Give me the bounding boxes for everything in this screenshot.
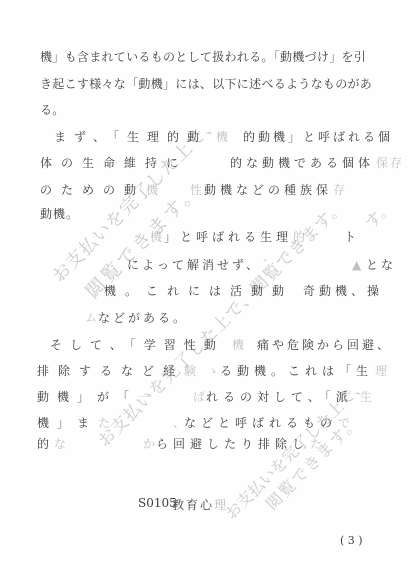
body-text-segment: 動機」が「 [37, 390, 137, 405]
body-text-segment: で [338, 416, 351, 431]
body-text-segment: 一 [138, 390, 151, 405]
body-text-segment: る動機。これは「生 [220, 364, 373, 379]
body-text-segment: 機」ま [37, 416, 97, 431]
body-text-segment: 痛や危険から回避、 [257, 338, 392, 353]
body-text-segment: 機。これには活動動 [104, 284, 293, 299]
body-text-segment: 験 [184, 364, 197, 379]
body-text-segment: 排除するなど経 [37, 364, 184, 379]
body-text-segment: 機 [150, 230, 163, 245]
body-text-segment: な [54, 437, 67, 452]
body-text-segment: ▲ [352, 258, 362, 273]
body-text-segment: 存 [333, 183, 346, 198]
body-text-segment: 」と呼ばれる生理 [164, 230, 292, 245]
body-text-segment: れるの対して、「派 [206, 390, 353, 405]
body-text-segment: 機 [146, 183, 159, 198]
body-text-segment: ゛ [263, 258, 276, 273]
body-text-segment: 生 [360, 390, 373, 405]
body-text-segment: 的な動機である個体 [230, 156, 374, 171]
body-text-segment: などがある。 [98, 311, 188, 326]
footer-course-title-partial: 理 [214, 496, 226, 513]
body-text-segment: 機」も含まれているものとして扱われる。「動機づけ」を引 [40, 50, 366, 65]
body-text-segment: ゝ [207, 364, 220, 379]
document-page: お支払いを完了した上で、閲覧できます。お支払いを完了した上で、閲覧できます。お支… [0, 0, 411, 580]
body-text-segment: る。 [40, 103, 65, 118]
body-text-segment: た [98, 416, 111, 431]
body-text-segment: ト [344, 230, 357, 245]
footer-course-title: 教育心 [172, 496, 214, 513]
footer-course-code: S0105 [138, 496, 177, 510]
body-text-segment: か [143, 437, 156, 452]
body-text-segment: などと呼ばれるもの [184, 416, 337, 431]
body-text-segment: ム [85, 311, 98, 326]
body-text-segment: 的 [293, 230, 306, 245]
watermark-text: す。 [359, 195, 397, 233]
body-text-segment: によって解消せず、 [127, 258, 261, 273]
body-text-segment: 理 [375, 364, 388, 379]
body-text-segment: 性 [190, 183, 203, 198]
body-text-segment: 奇動機、操 [303, 284, 383, 299]
body-text-segment: ら回避したり排除し [156, 437, 309, 452]
body-text-segment: き起こす様々な「動機」には、以下に述べるようなものがあ [40, 77, 372, 92]
page-number: ( 3 ) [340, 534, 363, 547]
body-text-segment: まず、「生理的動 [54, 130, 207, 145]
body-text-segment: 的動機」と呼ばれる個 [243, 130, 393, 145]
body-text-segment: のための動 [40, 183, 145, 198]
body-text-segment: 保存 [376, 156, 404, 171]
body-text-segment: 機 [232, 338, 245, 353]
body-text-segment: ば [193, 390, 206, 405]
body-text-segment: そして、「学習性動 [50, 338, 224, 353]
body-text-segment: 体の生命維持に [40, 156, 187, 171]
body-text-segment: 動機などの種族保 [204, 183, 332, 198]
body-text-segment: とな [366, 258, 396, 273]
body-text-segment: た [310, 437, 323, 452]
body-text-segment: 動機。 [40, 207, 79, 222]
body-text-segment: 的 [37, 437, 50, 452]
body-text-segment: 機 [216, 130, 229, 145]
